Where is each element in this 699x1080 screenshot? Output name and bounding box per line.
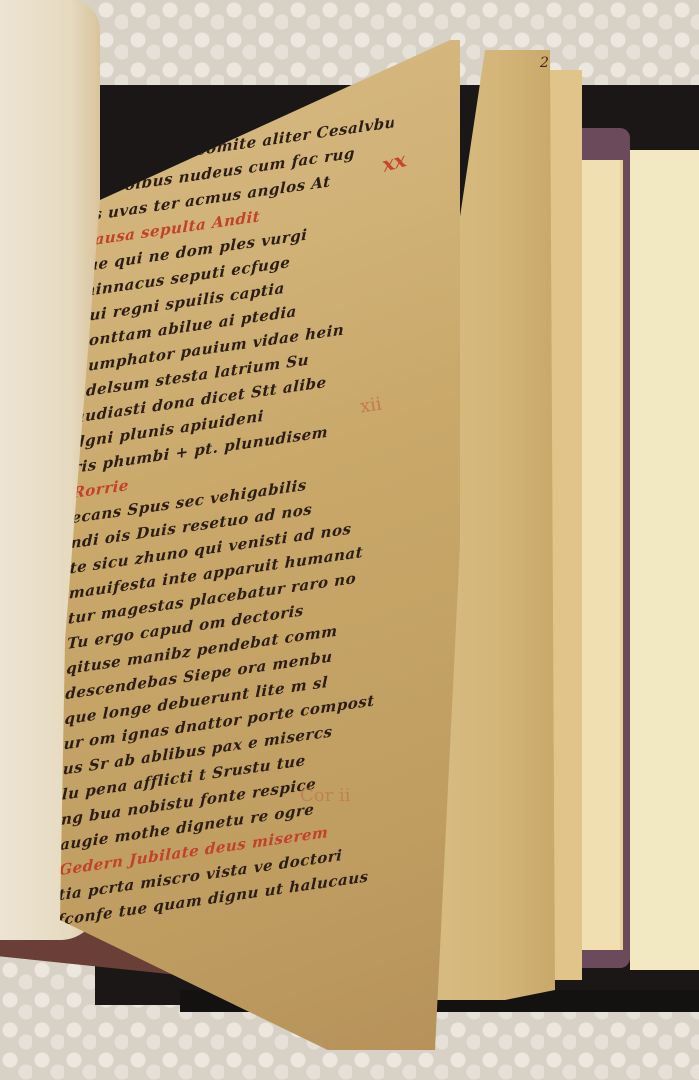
back-leaves (575, 160, 623, 950)
photo-scene: 2 iuā dis Sr cclosie ruGligus inliate co… (0, 0, 699, 1080)
tray-inner-lining (630, 150, 699, 970)
marginal-numeral: xii (359, 394, 383, 418)
marginal-numeral-lower: Cor ii (300, 785, 350, 806)
folio-signature: 2 (540, 55, 549, 71)
text-block: iuā dis Sr cclosie ruGligus inliate comi… (58, 86, 394, 894)
